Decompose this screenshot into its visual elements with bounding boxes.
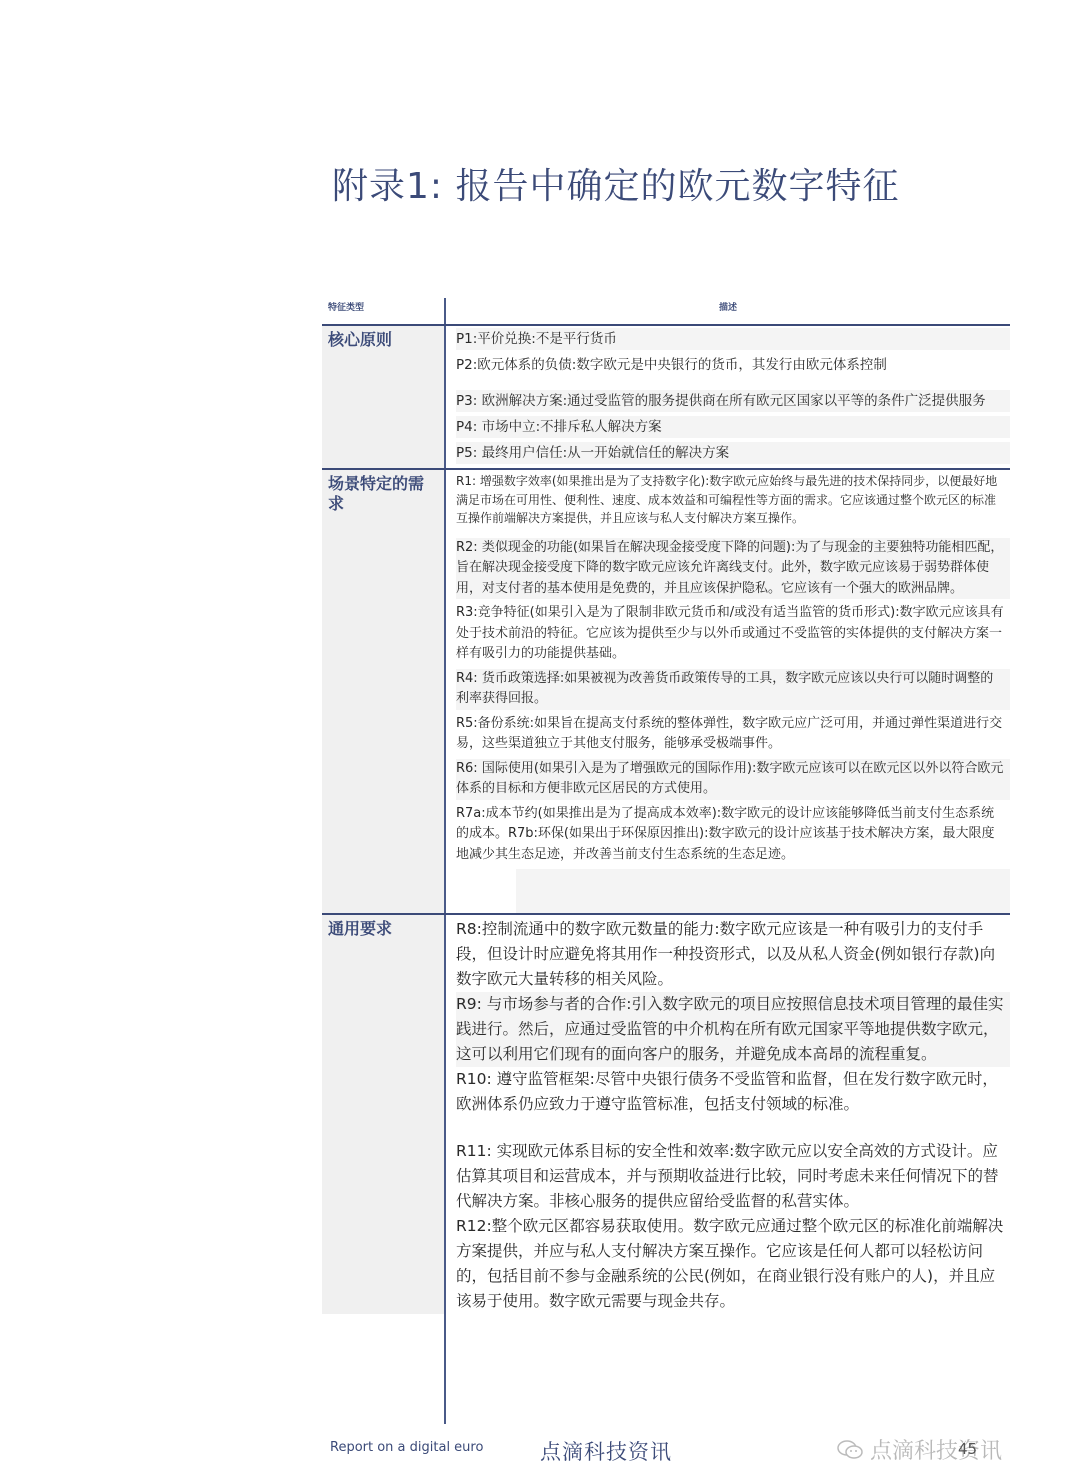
report-name: Report on a digital euro bbox=[330, 1440, 483, 1455]
section-core-principles: 核心原则 P1:平价兑换:不是平行货币 P2:欧元体系的负债:数字欧元是中央银行… bbox=[322, 326, 1010, 470]
watermark-text: 点滴科技资讯 bbox=[870, 1434, 1002, 1465]
header-description: 描述 bbox=[446, 300, 1010, 313]
list-item: R3:竞争特征(如果引入是为了限制非欧元货币和/或没有适当监管的货币形式):数字… bbox=[456, 603, 1010, 665]
list-item: R10: 遵守监管框架:尽管中央银行债务不受监管和监督，但在发行数字欧元时，欧洲… bbox=[456, 1067, 1010, 1117]
list-item: R8:控制流通中的数字欧元数量的能力:数字欧元应该是一种有吸引力的支付手段，但设… bbox=[456, 917, 1010, 992]
watermark: 点滴科技资讯 bbox=[836, 1434, 1002, 1465]
list-item: P5: 最终用户信任:从一开始就信任的解决方案 bbox=[456, 442, 1010, 464]
list-item: R4: 货币政策选择:如果被视为改善货币政策传导的工具，数字欧元应该以央行可以随… bbox=[456, 669, 1010, 710]
features-table: 特征类型 描述 核心原则 P1:平价兑换:不是平行货币 P2:欧元体系的负债:数… bbox=[322, 292, 1010, 1314]
page-title: 附录1: 报告中确定的欧元数字特征 bbox=[332, 158, 899, 209]
list-item: R9: 与市场参与者的合作:引入数字欧元的项目应按照信息技术项目管理的最佳实践进… bbox=[456, 992, 1010, 1067]
section-label: 核心原则 bbox=[322, 326, 444, 468]
wechat-icon bbox=[836, 1439, 864, 1461]
list-item: P3: 欧洲解决方案:通过受监管的服务提供商在所有欧元区国家以平等的条件广泛提供… bbox=[456, 390, 1010, 412]
list-item: P4: 市场中立:不排斥私人解决方案 bbox=[456, 416, 1010, 438]
source-label: 点滴科技资讯 bbox=[540, 1436, 672, 1466]
section-label: 通用要求 bbox=[322, 915, 444, 1314]
section-scenario-requirements: 场景特定的需求 R1: 增强数字效率(如果推出是为了支持数字化):数字欧元应始终… bbox=[322, 470, 1010, 915]
list-item: R5:备份系统:如果旨在提高支付系统的整体弹性，数字欧元应广泛可用，并通过弹性渠… bbox=[456, 714, 1010, 755]
list-item: P2:欧元体系的负债:数字欧元是中央银行的货币，其发行由欧元体系控制 bbox=[456, 354, 1010, 376]
table-header: 特征类型 描述 bbox=[322, 292, 1010, 326]
list-item: R6: 国际使用(如果引入是为了增强欧元的国际作用):数字欧元应该可以在欧元区以… bbox=[456, 759, 1010, 800]
section-general-requirements: 通用要求 R8:控制流通中的数字欧元数量的能力:数字欧元应该是一种有吸引力的支付… bbox=[322, 915, 1010, 1314]
blank-row bbox=[516, 869, 1010, 913]
list-item: R12:整个欧元区都容易获取使用。数字欧元应通过整个欧元区的标准化前端解决方案提… bbox=[456, 1214, 1010, 1314]
list-item: R7a:成本节约(如果推出是为了提高成本效率):数字欧元的设计应该能够降低当前支… bbox=[456, 804, 1010, 866]
header-feature-type: 特征类型 bbox=[328, 300, 364, 313]
list-item: R11: 实现欧元体系目标的安全性和效率:数字欧元应以安全高效的方式设计。应估算… bbox=[456, 1139, 1010, 1214]
page-number: 45 bbox=[958, 1440, 977, 1458]
section-body: P1:平价兑换:不是平行货币 P2:欧元体系的负债:数字欧元是中央银行的货币，其… bbox=[450, 326, 1010, 468]
section-body: R1: 增强数字效率(如果推出是为了支持数字化):数字欧元应始终与最先进的技术保… bbox=[450, 470, 1010, 913]
list-item: R2: 类似现金的功能(如果旨在解决现金接受度下降的问题):为了与现金的主要独特… bbox=[456, 538, 1010, 600]
section-label: 场景特定的需求 bbox=[322, 470, 444, 913]
list-item: P1:平价兑换:不是平行货币 bbox=[456, 328, 1010, 350]
section-body: R8:控制流通中的数字欧元数量的能力:数字欧元应该是一种有吸引力的支付手段，但设… bbox=[450, 915, 1010, 1314]
list-item: R1: 增强数字效率(如果推出是为了支持数字化):数字欧元应始终与最先进的技术保… bbox=[456, 472, 1010, 528]
